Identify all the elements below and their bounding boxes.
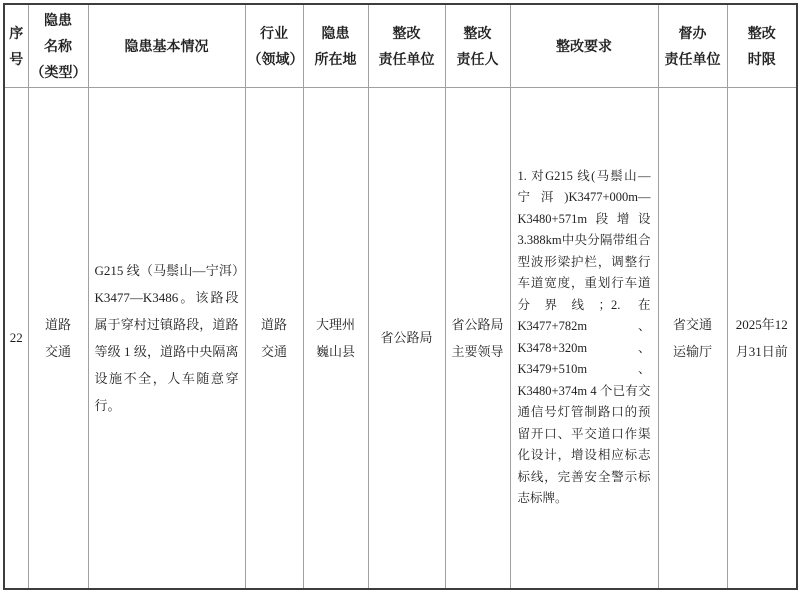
header-seq: 序 号 xyxy=(4,4,28,87)
header-rectification-unit: 整改 责任单位 xyxy=(368,4,445,87)
table-header-row: 序 号 隐患 名称 （类型） 隐患基本情况 行业 （领域） 隐患 所在地 整改 … xyxy=(4,4,797,87)
cell-seq: 22 xyxy=(4,87,28,589)
cell-requirement: 1. 对G215 线(马鬃山—宁洱)K3477+000m—K3480+571m段… xyxy=(510,87,658,589)
header-requirement: 整改要求 xyxy=(510,4,658,87)
header-location: 隐患 所在地 xyxy=(303,4,368,87)
hazard-rectification-table: 序 号 隐患 名称 （类型） 隐患基本情况 行业 （领域） 隐患 所在地 整改 … xyxy=(3,3,798,590)
header-deadline: 整改 时限 xyxy=(727,4,797,87)
header-supervision-unit: 督办 责任单位 xyxy=(658,4,727,87)
cell-rectification-unit: 省公路局 xyxy=(368,87,445,589)
cell-supervision-unit: 省交通 运输厅 xyxy=(658,87,727,589)
header-industry: 行业 （领域） xyxy=(245,4,303,87)
cell-deadline: 2025年12 月31日前 xyxy=(727,87,797,589)
cell-hazard-name: 道路 交通 xyxy=(28,87,88,589)
cell-location: 大理州 巍山县 xyxy=(303,87,368,589)
cell-rectification-person: 省公路局 主要领导 xyxy=(445,87,510,589)
header-hazard-name: 隐患 名称 （类型） xyxy=(28,4,88,87)
cell-basic-situation: G215 线（马鬃山—宁洱）K3477—K3486。该路段属于穿村过镇路段，道路… xyxy=(88,87,245,589)
cell-industry: 道路 交通 xyxy=(245,87,303,589)
table-row: 22 道路 交通 G215 线（马鬃山—宁洱）K3477—K3486。该路段属于… xyxy=(4,87,797,589)
header-rectification-person: 整改 责任人 xyxy=(445,4,510,87)
header-basic-situation: 隐患基本情况 xyxy=(88,4,245,87)
